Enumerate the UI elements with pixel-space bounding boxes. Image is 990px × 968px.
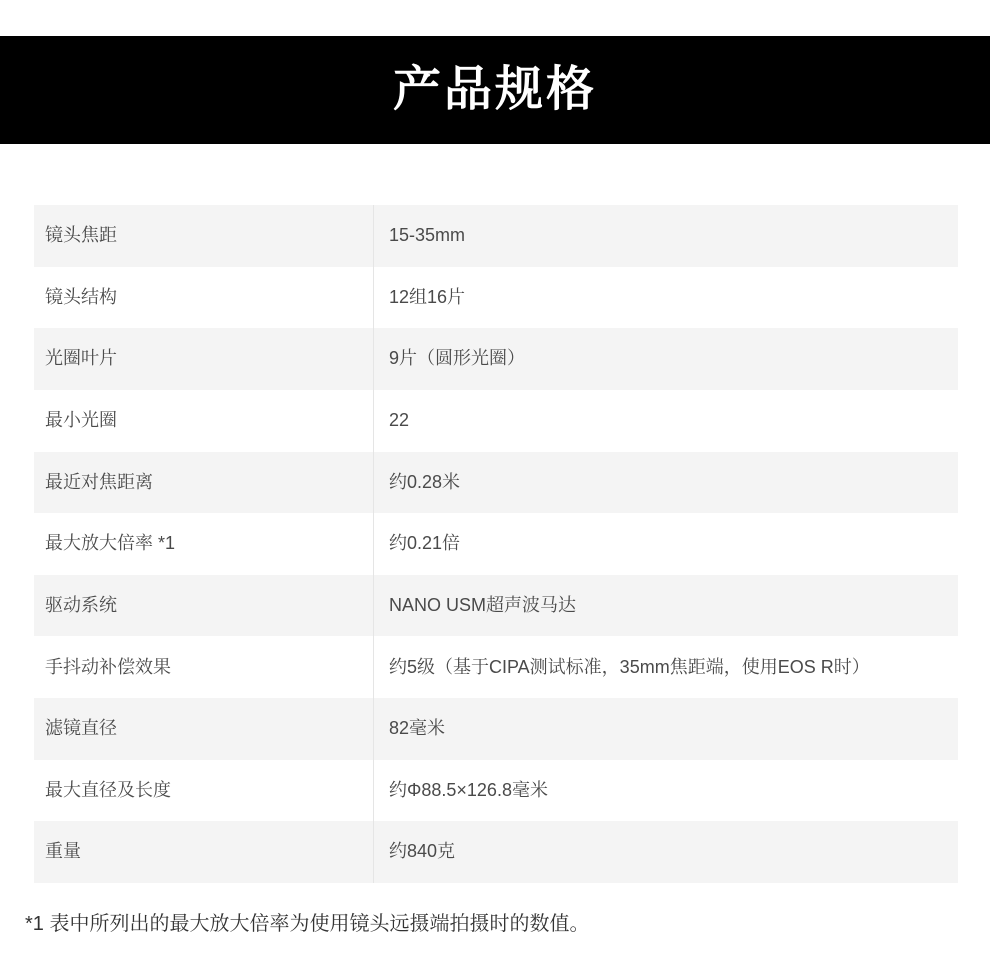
spec-value: 82毫米 [374,698,958,760]
spec-label: 最近对焦距离 [34,452,374,514]
spec-label: 最大放大倍率 *1 [34,513,374,575]
spec-row-lens-construction: 镜头结构 12组16片 [34,267,958,329]
spec-table: 镜头焦距 15-35mm 镜头结构 12组16片 光圈叶片 9片（圆形光圈） 最… [34,205,958,883]
spec-value: 约840克 [374,821,958,883]
footnote: *1 表中所列出的最大放大倍率为使用镜头远摄端拍摄时的数值。 [25,907,990,936]
spec-label: 镜头结构 [34,267,374,329]
spec-row-dimensions: 最大直径及长度 约Φ88.5×126.8毫米 [34,760,958,822]
spec-label: 滤镜直径 [34,698,374,760]
page-title: 产品规格 [393,66,597,114]
spec-label: 光圈叶片 [34,328,374,390]
spec-value: 约Φ88.5×126.8毫米 [374,760,958,822]
spec-value: 12组16片 [374,267,958,329]
spec-row-max-magnification: 最大放大倍率 *1 约0.21倍 [34,513,958,575]
spec-row-drive-system: 驱动系统 NANO USM超声波马达 [34,575,958,637]
spec-label: 镜头焦距 [34,205,374,267]
spec-row-min-aperture: 最小光圈 22 [34,390,958,452]
spec-value: 约0.21倍 [374,513,958,575]
spec-label: 最大直径及长度 [34,760,374,822]
spec-label: 驱动系统 [34,575,374,637]
spec-value: 15-35mm [374,205,958,267]
spec-row-filter-diameter: 滤镜直径 82毫米 [34,698,958,760]
spec-row-aperture-blades: 光圈叶片 9片（圆形光圈） [34,328,958,390]
spec-label: 手抖动补偿效果 [34,636,374,698]
spec-value: 9片（圆形光圈） [374,328,958,390]
spec-value: 22 [374,390,958,452]
spec-value: NANO USM超声波马达 [374,575,958,637]
product-spec-header: 产品规格 [0,36,990,144]
spec-value: 约5级（基于CIPA测试标准，35mm焦距端，使用EOS R时） [374,636,958,698]
spec-row-image-stabilization: 手抖动补偿效果 约5级（基于CIPA测试标准，35mm焦距端，使用EOS R时） [34,636,958,698]
spec-row-focal-length: 镜头焦距 15-35mm [34,205,958,267]
spec-row-closest-focus: 最近对焦距离 约0.28米 [34,452,958,514]
spec-row-weight: 重量 约840克 [34,821,958,883]
spec-value: 约0.28米 [374,452,958,514]
spec-label: 最小光圈 [34,390,374,452]
spec-label: 重量 [34,821,374,883]
